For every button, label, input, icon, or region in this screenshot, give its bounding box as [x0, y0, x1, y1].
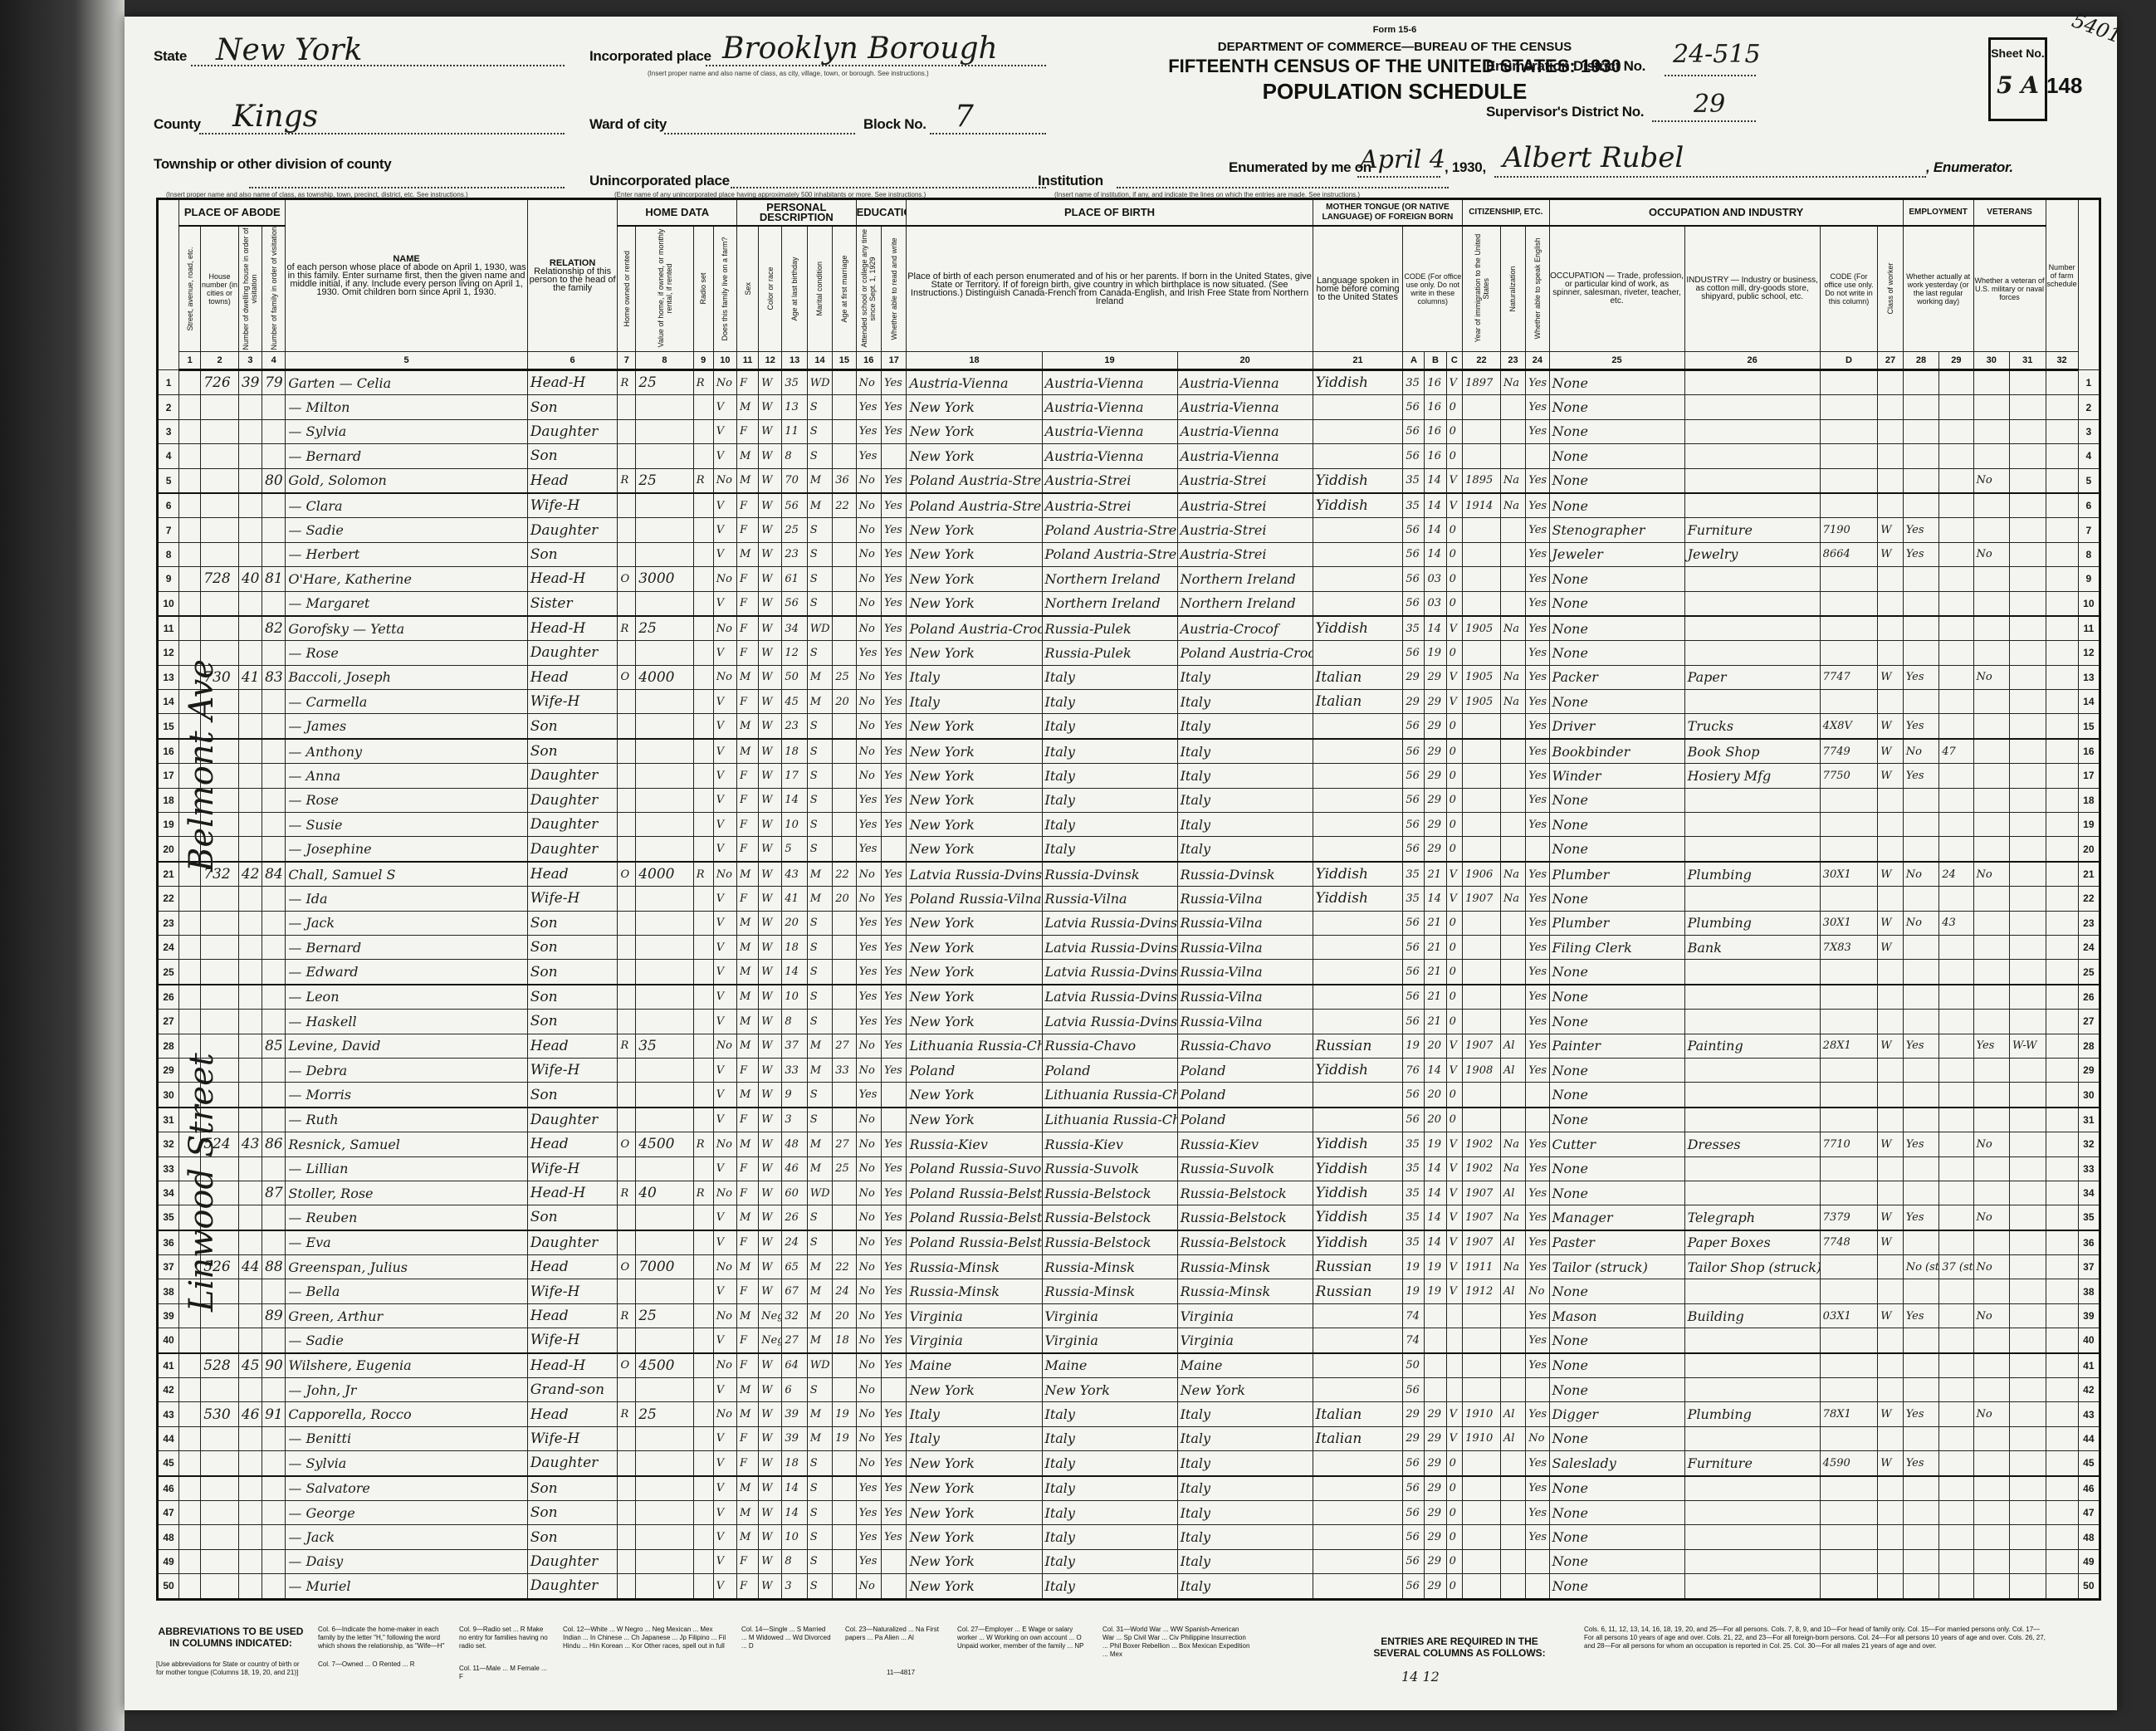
radio-cell	[693, 985, 713, 1010]
read-write-cell: Yes	[882, 1010, 907, 1034]
class-of-worker-cell	[1878, 788, 1903, 812]
immigration-year-cell	[1463, 1574, 1501, 1599]
dwelling-number-cell: 40	[238, 567, 262, 591]
age-at-marriage-cell: 19	[833, 1426, 856, 1450]
immigration-year-cell: 1905	[1463, 616, 1501, 641]
sex-cell: M	[737, 1255, 759, 1279]
occupation-cell: None	[1549, 493, 1684, 518]
father-birthplace-cell: Poland Austria-Strei	[1042, 542, 1177, 566]
mother-birthplace-cell: Russia-Vilna	[1177, 887, 1313, 911]
school-cell: No	[856, 542, 881, 566]
radio-cell	[693, 960, 713, 985]
occupation-code-cell	[1820, 468, 1878, 493]
birthplace-cell: Poland Russia-Belstock	[907, 1205, 1042, 1230]
line-number: 39	[158, 1303, 179, 1328]
mother-tongue-cell	[1313, 1083, 1403, 1108]
immigration-year-cell: 1912	[1463, 1279, 1501, 1303]
naturalization-cell	[1500, 1574, 1525, 1599]
occupation-cell: Plumber	[1549, 911, 1684, 935]
class-of-worker-cell	[1878, 1500, 1903, 1524]
relation-cell: Daughter	[527, 641, 618, 665]
occupation-cell: None	[1549, 1156, 1684, 1181]
race-cell: W	[759, 1083, 782, 1108]
dwelling-number-cell	[238, 1549, 262, 1573]
occupation-cell: Cutter	[1549, 1132, 1684, 1156]
line-number: 50	[158, 1574, 179, 1599]
speaks-english-cell: Yes	[1526, 591, 1549, 616]
father-birthplace-cell: Italy	[1042, 813, 1177, 837]
birthplace-cell: New York	[907, 1525, 1042, 1549]
line-number: 45	[158, 1451, 179, 1476]
unemployment-line-cell	[1939, 1426, 1973, 1450]
relation-cell: Son	[527, 739, 618, 764]
sex-cell: M	[737, 960, 759, 985]
marital-status-cell: M	[807, 1156, 832, 1181]
immigration-year-cell	[1463, 419, 1501, 443]
table-row: 30— MorrisSonVMW9SYesNew YorkLithuania R…	[158, 1083, 2100, 1108]
radio-cell	[693, 616, 713, 641]
unemployment-line-cell	[1939, 1353, 1973, 1378]
school-cell: Yes	[856, 1476, 881, 1501]
birthplace-cell: New York	[907, 1083, 1042, 1108]
marital-status-cell: M	[807, 1426, 832, 1450]
relation-cell: Head-H	[527, 370, 618, 395]
speaks-english-cell: Yes	[1526, 370, 1549, 395]
age-at-marriage-cell	[833, 1476, 856, 1501]
street-cell	[179, 567, 201, 591]
immigration-year-cell: 1895	[1463, 468, 1501, 493]
home-value-cell	[636, 1574, 694, 1599]
veteran-cell	[1973, 616, 2009, 641]
farm-schedule-cell	[2046, 1132, 2078, 1156]
school-cell: Yes	[856, 444, 881, 468]
home-tenure-cell	[618, 1574, 636, 1599]
school-cell: No	[856, 1426, 881, 1450]
at-work-cell	[1903, 1083, 1938, 1108]
naturalization-cell	[1500, 1108, 1525, 1132]
naturalization-cell: Al	[1500, 1402, 1525, 1426]
line-number: 30	[158, 1083, 179, 1108]
dwelling-number-cell	[238, 1156, 262, 1181]
farm-schedule-cell	[2046, 370, 2078, 395]
code-b-cell: 29	[1425, 837, 1446, 862]
read-write-header: Whether able to read and write	[882, 226, 907, 352]
farm-cell: V	[713, 739, 736, 764]
relation-cell: Sister	[527, 591, 618, 616]
column-number: 22	[1463, 352, 1501, 370]
naturalization-cell	[1500, 419, 1525, 443]
home-tenure-cell	[618, 985, 636, 1010]
sex-cell: F	[737, 616, 759, 641]
township-label: Township or other division of county	[154, 158, 403, 171]
industry-cell	[1684, 960, 1820, 985]
code-c-cell: 0	[1446, 1010, 1463, 1034]
right-line-number: 35	[2078, 1205, 2100, 1230]
birthplace-cell: Maine	[907, 1353, 1042, 1378]
sex-cell: M	[737, 395, 759, 419]
house-number-cell	[201, 616, 239, 641]
table-row: 48— JackSonVMW10SYesYesNew YorkItalyItal…	[158, 1525, 2100, 1549]
population-table: PLACE OF ABODE NAMEof each person whose …	[156, 198, 2101, 1601]
occupation-cell: None	[1549, 1353, 1684, 1378]
table-row: 42— John, JrGrand-sonVMW6SNoNew YorkNew …	[158, 1378, 2100, 1402]
war-cell	[2010, 370, 2046, 395]
speaks-english-cell: Yes	[1526, 1181, 1549, 1205]
occupation-cell: Mason	[1549, 1303, 1684, 1328]
speaks-english-cell: Yes	[1526, 1500, 1549, 1524]
speaks-english-cell: Yes	[1526, 739, 1549, 764]
age-cell: 25	[782, 518, 807, 542]
ward-label: Ward of city	[589, 116, 667, 133]
sex-cell: F	[737, 1328, 759, 1353]
right-line-number: 4	[2078, 444, 2100, 468]
code-b-cell: 29	[1425, 739, 1446, 764]
radio-cell	[693, 1156, 713, 1181]
marital-status-cell: M	[807, 493, 832, 518]
dwelling-number-cell	[238, 1500, 262, 1524]
table-row: 3— SylviaDaughterVFW11SYesYesNew YorkAus…	[158, 419, 2100, 443]
home-tenure-cell: R	[618, 1181, 636, 1205]
right-line-number: 12	[2078, 641, 2100, 665]
farm-schedule-cell	[2046, 1525, 2078, 1549]
radio-cell	[693, 591, 713, 616]
immigration-year-cell	[1463, 567, 1501, 591]
war-cell	[2010, 419, 2046, 443]
home-value-cell	[636, 1426, 694, 1450]
immigration-year-cell	[1463, 1525, 1501, 1549]
occupation-code-cell	[1820, 837, 1878, 862]
table-row: 44— BenittiWife-HVFW39M19NoYesItalyItaly…	[158, 1426, 2100, 1450]
code-c-cell: V	[1446, 493, 1463, 518]
race-cell: W	[759, 690, 782, 714]
immigration-year-cell	[1463, 788, 1501, 812]
occupation-code-cell	[1820, 395, 1878, 419]
home-tenure-cell	[618, 641, 636, 665]
read-write-cell	[882, 1574, 907, 1599]
table-row: 31— RuthDaughterVFW3SNoNew YorkLithuania…	[158, 1108, 2100, 1132]
school-cell: No	[856, 1034, 881, 1058]
sex-cell: M	[737, 1034, 759, 1058]
code-b-cell: 29	[1425, 1500, 1446, 1524]
speaks-english-cell	[1526, 444, 1549, 468]
at-work-cell: Yes	[1903, 542, 1938, 566]
veteran-cell	[1973, 444, 2009, 468]
name-cell: Stoller, Rose	[286, 1181, 527, 1205]
radio-cell	[693, 395, 713, 419]
veteran-cell	[1973, 813, 2009, 837]
father-birthplace-cell: Latvia Russia-Dvinsk	[1042, 911, 1177, 935]
marital-status-cell: M	[807, 1279, 832, 1303]
farm-cell: V	[713, 641, 736, 665]
veteran-cell	[1973, 493, 2009, 518]
father-birthplace-cell: Italy	[1042, 1402, 1177, 1426]
code-a-cell: 56	[1403, 911, 1425, 935]
age-at-marriage-cell: 24	[833, 1279, 856, 1303]
occupation-code-cell: 28X1	[1820, 1034, 1878, 1058]
age-at-marriage-cell: 18	[833, 1328, 856, 1353]
farm-cell: No	[713, 1034, 736, 1058]
war-cell	[2010, 1083, 2046, 1108]
house-number-cell	[201, 985, 239, 1010]
right-line-number: 21	[2078, 862, 2100, 887]
school-cell: No	[856, 518, 881, 542]
farm-cell: V	[713, 1574, 736, 1599]
name-cell: — Ruth	[286, 1108, 527, 1132]
mother-birthplace-cell: Italy	[1177, 1402, 1313, 1426]
radio-cell	[693, 1500, 713, 1524]
farm-cell: V	[713, 1279, 736, 1303]
family-number-cell	[262, 739, 286, 764]
line-number: 44	[158, 1426, 179, 1450]
industry-cell: Trucks	[1684, 714, 1820, 739]
war-cell	[2010, 714, 2046, 739]
at-work-cell: No	[1903, 911, 1938, 935]
street-cell	[179, 1476, 201, 1501]
marital-status-cell: M	[807, 1058, 832, 1082]
home-tenure-cell	[618, 1230, 636, 1255]
father-birthplace-cell: Austria-Vienna	[1042, 395, 1177, 419]
age-at-marriage-cell: 20	[833, 690, 856, 714]
home-value-header: Value of home, if owned, or monthly rent…	[636, 226, 694, 352]
father-birthplace-cell: Latvia Russia-Dvinsk	[1042, 985, 1177, 1010]
father-birthplace-cell: Italy	[1042, 690, 1177, 714]
name-cell: Chall, Samuel S	[286, 862, 527, 887]
sex-cell: M	[737, 468, 759, 493]
sex-cell: M	[737, 1525, 759, 1549]
naturalization-cell	[1500, 518, 1525, 542]
line-number: 38	[158, 1279, 179, 1303]
race-cell: W	[759, 1255, 782, 1279]
line-number: 43	[158, 1402, 179, 1426]
family-number-cell: 90	[262, 1353, 286, 1378]
veteran-cell	[1973, 370, 2009, 395]
family-number-cell	[262, 1378, 286, 1402]
race-cell: W	[759, 468, 782, 493]
farm-schedule-cell	[2046, 518, 2078, 542]
war-cell	[2010, 665, 2046, 689]
industry-cell: Hosiery Mfg	[1684, 764, 1820, 788]
name-cell: — Morris	[286, 1083, 527, 1108]
class-of-worker-cell	[1878, 1476, 1903, 1501]
house-number-cell: 728	[201, 567, 239, 591]
scan-margin	[0, 0, 125, 1731]
group-education: EDUCATION	[856, 199, 907, 227]
birthplace-cell: Poland Russia-Belstock	[907, 1181, 1042, 1205]
age-cell: 60	[782, 1181, 807, 1205]
line-number: 12	[158, 641, 179, 665]
speaks-english-cell: No	[1526, 1279, 1549, 1303]
right-line-number: 24	[2078, 935, 2100, 959]
home-value-cell: 25	[636, 616, 694, 641]
column-number: D	[1820, 352, 1878, 370]
war-cell	[2010, 837, 2046, 862]
age-cell: 70	[782, 468, 807, 493]
mother-tongue-cell	[1313, 1010, 1403, 1034]
class-of-worker-cell	[1878, 1574, 1903, 1599]
code-a-cell: 56	[1403, 641, 1425, 665]
name-cell: — Anna	[286, 764, 527, 788]
name-header: NAMEof each person whose place of abode …	[286, 199, 527, 352]
veteran-cell	[1973, 1500, 2009, 1524]
radio-cell	[693, 419, 713, 443]
family-number-cell: 81	[262, 567, 286, 591]
at-work-cell	[1903, 1476, 1938, 1501]
immigration-year-cell: 1908	[1463, 1058, 1501, 1082]
farm-schedule-cell	[2046, 1402, 2078, 1426]
at-work-cell	[1903, 1328, 1938, 1353]
immigration-year-cell: 1910	[1463, 1402, 1501, 1426]
age-cell: 50	[782, 665, 807, 689]
read-write-cell: Yes	[882, 468, 907, 493]
class-of-worker-cell	[1878, 887, 1903, 911]
veteran-cell: No	[1973, 1205, 2009, 1230]
age-cell: 34	[782, 616, 807, 641]
code-c-cell: 0	[1446, 444, 1463, 468]
line-number: 17	[158, 764, 179, 788]
birthplace-cell: Poland Austria-Crocof	[907, 616, 1042, 641]
sex-cell: M	[737, 1083, 759, 1108]
name-cell: — Milton	[286, 395, 527, 419]
farm-schedule-cell	[2046, 1034, 2078, 1058]
naturalization-cell	[1500, 788, 1525, 812]
family-number-cell	[262, 1205, 286, 1230]
immigration-year-cell	[1463, 1451, 1501, 1476]
naturalization-cell	[1500, 1451, 1525, 1476]
at-work-cell	[1903, 1156, 1938, 1181]
occupation-cell: None	[1549, 837, 1684, 862]
naturalization-cell: Al	[1500, 1279, 1525, 1303]
marital-status-cell: S	[807, 788, 832, 812]
industry-cell: Plumbing	[1684, 1402, 1820, 1426]
column-number: B	[1425, 352, 1446, 370]
sex-cell: M	[737, 1010, 759, 1034]
race-cell: W	[759, 1010, 782, 1034]
occupation-code-cell: 7747	[1820, 665, 1878, 689]
mother-tongue-cell	[1313, 1328, 1403, 1353]
code-b-cell: 14	[1425, 1181, 1446, 1205]
house-number-cell	[201, 419, 239, 443]
class-of-worker-cell	[1878, 813, 1903, 837]
sex-cell: F	[737, 1279, 759, 1303]
father-birthplace-cell: Maine	[1042, 1353, 1177, 1378]
age-at-marriage-cell	[833, 911, 856, 935]
mother-tongue-cell	[1313, 714, 1403, 739]
age-cell: 14	[782, 1476, 807, 1501]
dwelling-number-header: Number of dwelling house in order of vis…	[238, 226, 262, 352]
code-a-cell: 56	[1403, 1010, 1425, 1034]
farm-cell: No	[713, 862, 736, 887]
naturalization-cell	[1500, 1010, 1525, 1034]
line-number: 29	[158, 1058, 179, 1082]
code-b-cell: 14	[1425, 1058, 1446, 1082]
family-number-cell	[262, 1476, 286, 1501]
farm-cell: V	[713, 444, 736, 468]
industry-header: INDUSTRY — Industry or business, as cott…	[1684, 226, 1820, 352]
code-a-cell: 35	[1403, 1205, 1425, 1230]
column-number: C	[1446, 352, 1463, 370]
group-veterans: VETERANS	[1973, 199, 2046, 227]
industry-cell	[1684, 493, 1820, 518]
code-b-cell: 03	[1425, 591, 1446, 616]
industry-cell	[1684, 370, 1820, 395]
age-cell: 9	[782, 1083, 807, 1108]
table-row: 4— BernardSonVMW8SYesNew YorkAustria-Vie…	[158, 444, 2100, 468]
farm-cell: No	[713, 1132, 736, 1156]
home-tenure-cell	[618, 788, 636, 812]
enumerated-year: , 1930,	[1445, 159, 1486, 176]
dwelling-number-cell	[238, 1181, 262, 1205]
at-work-cell	[1903, 591, 1938, 616]
home-value-cell	[636, 1500, 694, 1524]
naturalization-cell	[1500, 1083, 1525, 1108]
mother-birthplace-cell: Russia-Dvinsk	[1177, 862, 1313, 887]
age-cell: 18	[782, 935, 807, 959]
dwelling-number-cell	[238, 1205, 262, 1230]
father-birthplace-cell: Austria-Vienna	[1042, 370, 1177, 395]
radio-cell	[693, 837, 713, 862]
occupation-code-cell: 8664	[1820, 542, 1878, 566]
mother-birthplace-cell: Italy	[1177, 1426, 1313, 1450]
line-number: 14	[158, 690, 179, 714]
class-of-worker-cell: W	[1878, 1230, 1903, 1255]
name-cell: — Bella	[286, 1279, 527, 1303]
code-b-cell: 29	[1425, 714, 1446, 739]
occupation-cell: None	[1549, 1574, 1684, 1599]
code-b-cell	[1425, 1378, 1446, 1402]
immigration-year-cell	[1463, 1303, 1501, 1328]
speaks-english-cell	[1526, 1378, 1549, 1402]
veteran-cell	[1973, 788, 2009, 812]
veteran-cell	[1973, 1378, 2009, 1402]
age-at-marriage-cell	[833, 1574, 856, 1599]
right-line-number: 18	[2078, 788, 2100, 812]
family-number-cell	[262, 911, 286, 935]
line-number: 15	[158, 714, 179, 739]
immigration-year-cell	[1463, 641, 1501, 665]
code-c-cell: 0	[1446, 1108, 1463, 1132]
race-cell: W	[759, 1034, 782, 1058]
department: DEPARTMENT OF COMMERCE—BUREAU OF THE CEN…	[1079, 40, 1710, 54]
speaks-english-cell: Yes	[1526, 887, 1549, 911]
naturalization-cell	[1500, 1500, 1525, 1524]
occupation-code-cell	[1820, 1378, 1878, 1402]
home-tenure-cell	[618, 1500, 636, 1524]
mother-birthplace-cell: Austria-Vienna	[1177, 395, 1313, 419]
veteran-cell: No	[1973, 862, 2009, 887]
industry-cell	[1684, 1010, 1820, 1034]
birthplace-cell: New York	[907, 960, 1042, 985]
birthplace-cell: Italy	[907, 1402, 1042, 1426]
veteran-cell	[1973, 985, 2009, 1010]
code-b-cell: 21	[1425, 985, 1446, 1010]
occupation-code-cell	[1820, 1525, 1878, 1549]
occupation-code-cell: 7750	[1820, 764, 1878, 788]
line-number: 35	[158, 1205, 179, 1230]
mother-tongue-cell	[1313, 444, 1403, 468]
father-birthplace-cell: Austria-Strei	[1042, 468, 1177, 493]
home-tenure-cell	[618, 1058, 636, 1082]
war-cell	[2010, 1010, 2046, 1034]
occupation-code-cell	[1820, 1181, 1878, 1205]
industry-cell	[1684, 419, 1820, 443]
farm-cell: V	[713, 985, 736, 1010]
sex-cell: F	[737, 887, 759, 911]
unemployment-line-cell	[1939, 370, 1973, 395]
right-line-number: 42	[2078, 1378, 2100, 1402]
farm-schedule-cell	[2046, 1156, 2078, 1181]
read-write-cell: Yes	[882, 641, 907, 665]
code-b-cell: 29	[1425, 690, 1446, 714]
